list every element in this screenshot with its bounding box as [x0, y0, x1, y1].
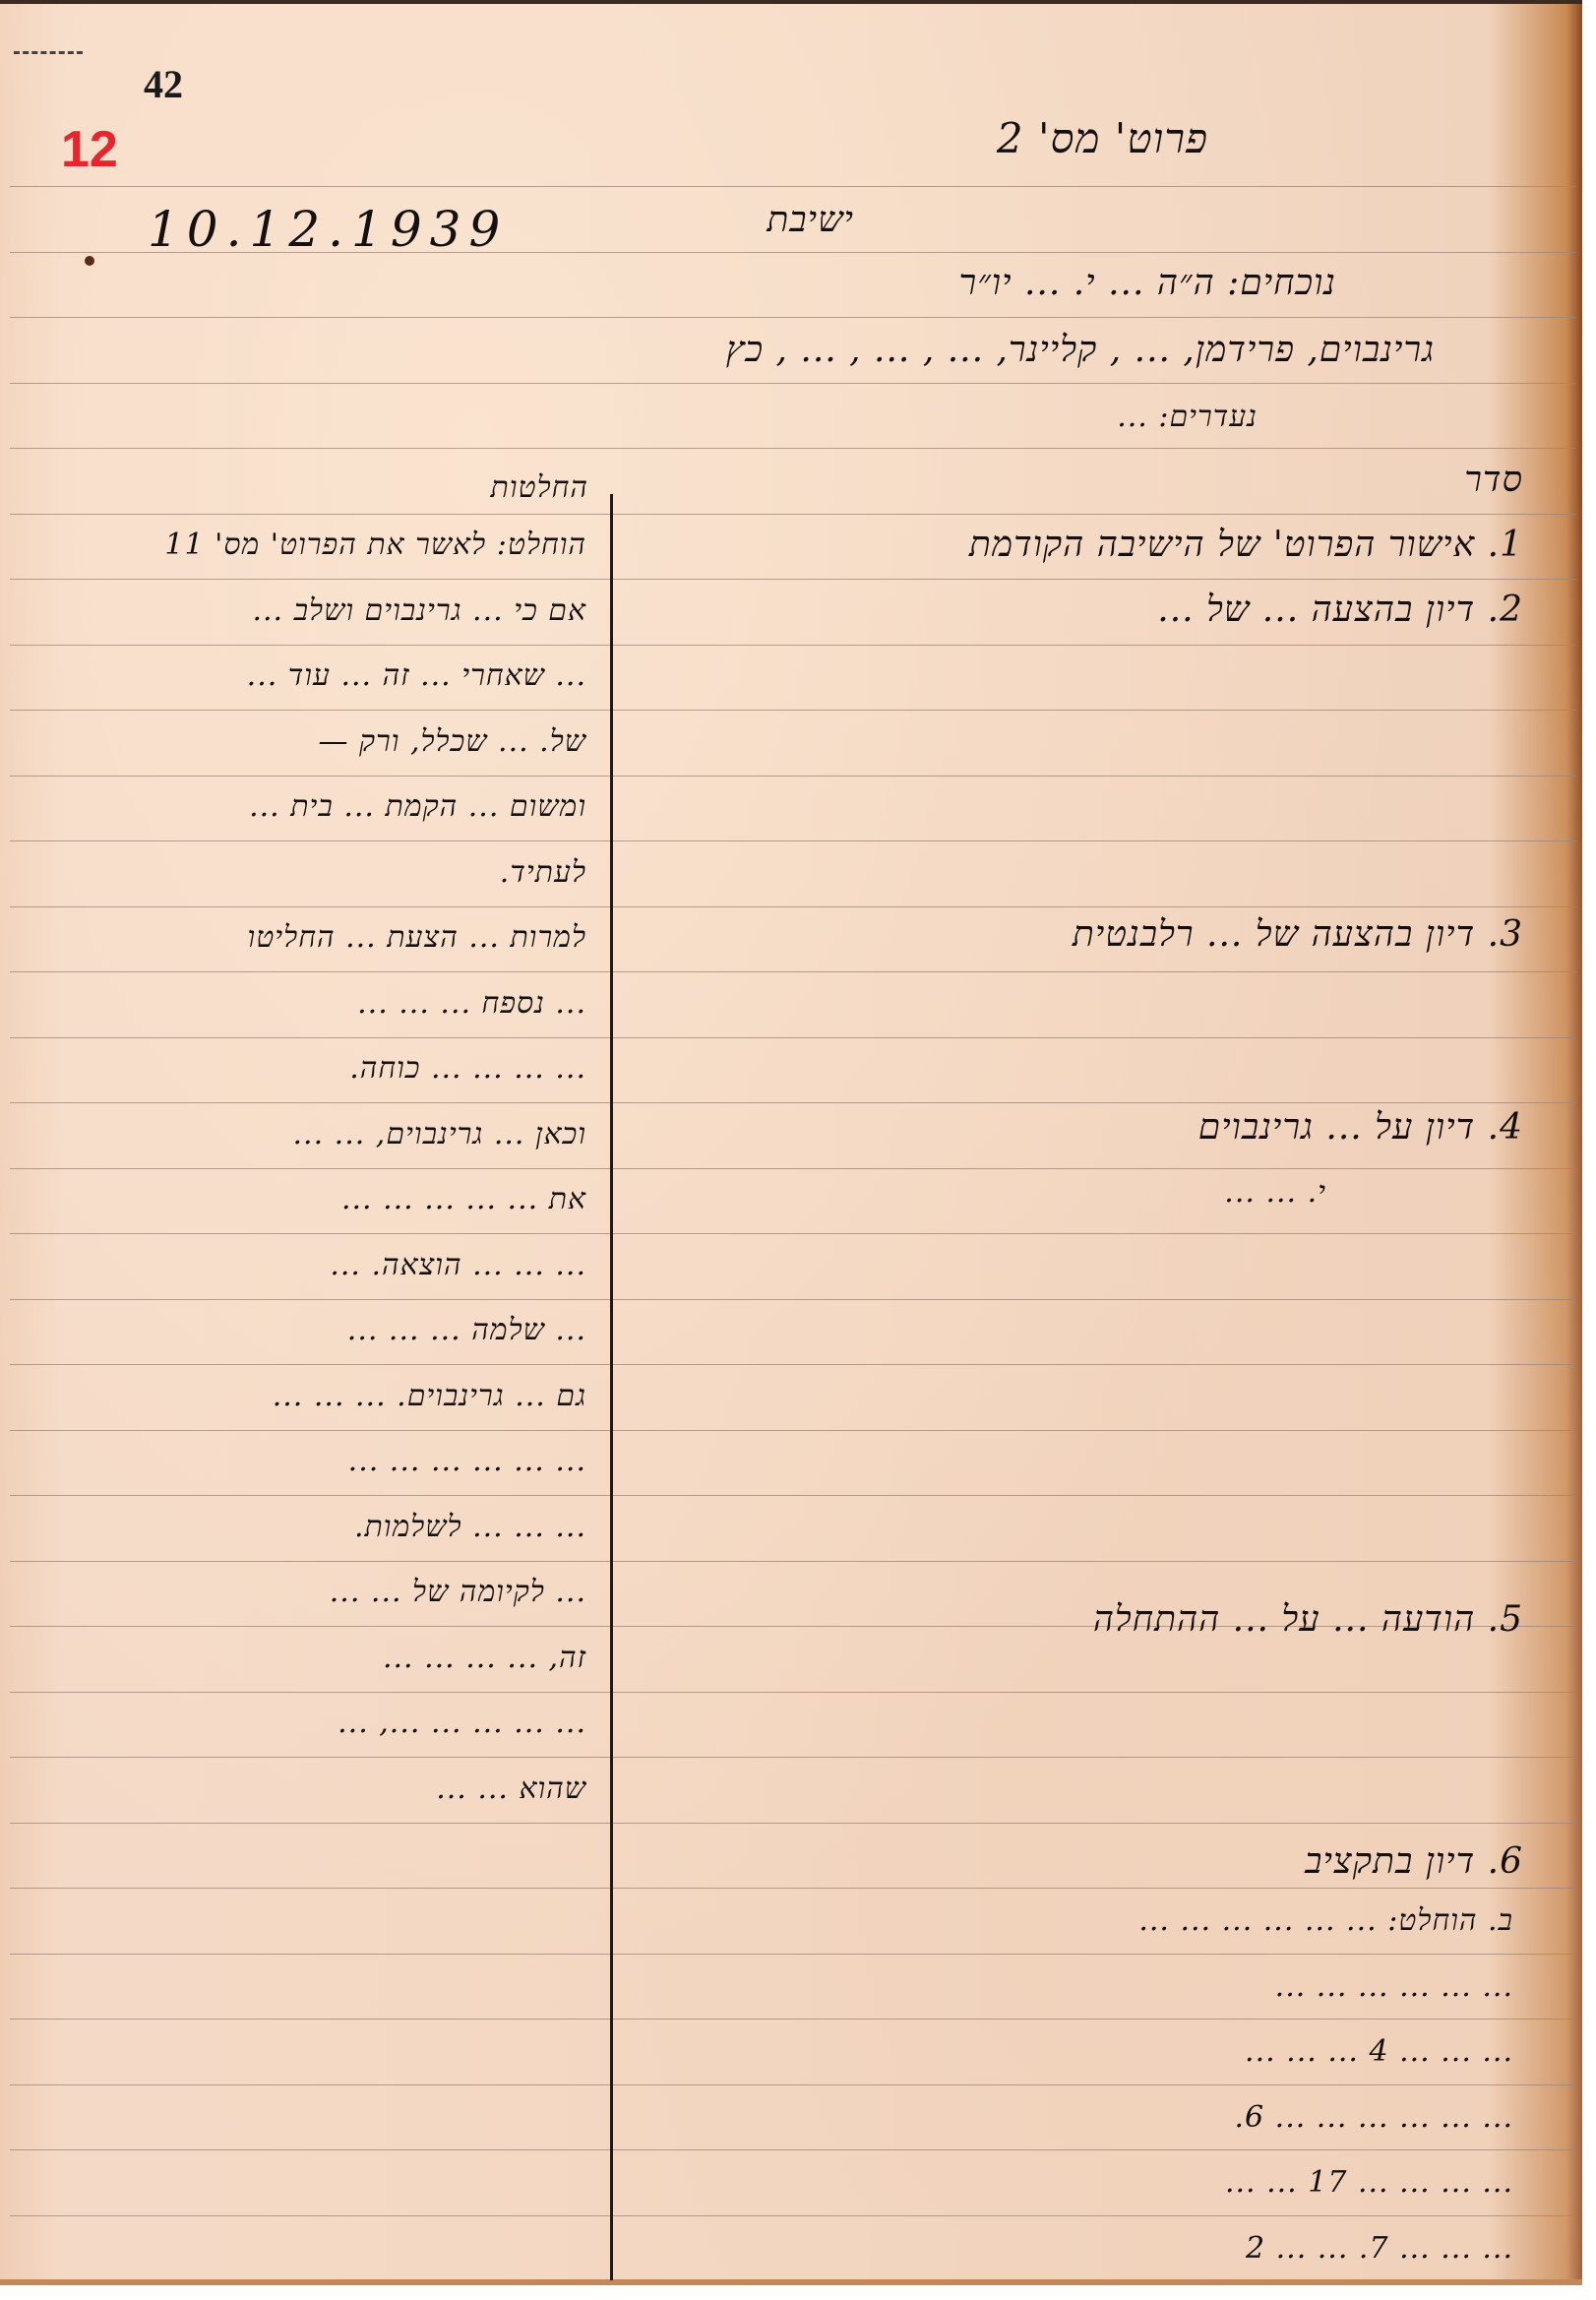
decision-line: גם ... גרינבוים. ... ... ... [273, 1379, 586, 1413]
archive-label: 12 [61, 120, 118, 179]
agenda-item: 2. דיון בהצעה ... של ... [1157, 589, 1523, 630]
note-line: ... ... ... 4 ... ... ... [1245, 2034, 1513, 2069]
column-divider [610, 494, 613, 2280]
ruled-line [10, 317, 1576, 318]
decision-line: ... שלמה ... ... ... [347, 1313, 586, 1347]
decision-line: אם כי ... גרינבוים ושלב ... [252, 593, 586, 628]
ruled-line [10, 383, 1576, 384]
attendees-line: גרינבוים, פרידמן, ... , קליינר, ... , ..… [726, 329, 1435, 370]
decision-line: ... ... ... הוצאה. ... [330, 1248, 586, 1282]
ruled-line [10, 514, 1576, 515]
decision-line: ... שאחרי ... זה ... עוד ... [247, 658, 586, 693]
margin-dash-mark [14, 51, 83, 54]
printed-page-number: 42 [144, 61, 183, 107]
present-line: נוכחים: ה״ה ... י. ... יו״ר [959, 262, 1336, 303]
decision-line: זה, ... ... ... ... [383, 1641, 586, 1675]
decision-line: שהוא ... ... [436, 1772, 586, 1806]
ruled-line [10, 1430, 1576, 1431]
ruled-line [10, 710, 1576, 711]
ink-dot [85, 256, 94, 266]
decision-line: וכאן ... גרינבוים, ... ... [293, 1117, 586, 1151]
ruled-line [10, 1233, 1576, 1234]
ruled-line [10, 1364, 1576, 1365]
ruled-line [10, 1037, 1576, 1038]
ruled-line [10, 2149, 1576, 2150]
note-line: ... ... ... ... ... ... 6. [1234, 2100, 1513, 2135]
agenda-item: 5. הודעה ... על ... ההתחלה [1093, 1598, 1523, 1640]
agenda-heading: סדר [1464, 459, 1523, 500]
ruled-line [10, 645, 1576, 646]
ruled-line [10, 579, 1576, 580]
ruled-line [10, 1561, 1576, 1562]
ruled-line [10, 186, 1576, 187]
ruled-line [10, 1495, 1576, 1496]
ruled-line [10, 1823, 1576, 1824]
ruled-line [10, 840, 1576, 841]
ruled-line [10, 2019, 1576, 2020]
ruled-line [10, 1954, 1576, 1955]
decision-line: ... ... ... ... ... ... [348, 1444, 586, 1478]
decision-line: ... ... ... ... ..., ... [338, 1706, 586, 1740]
decision-line: ... לקיומה של ... ... [330, 1575, 586, 1609]
ruled-line [10, 1692, 1576, 1693]
ruled-line [10, 971, 1576, 972]
decision-line: ... ... ... ... כוחה. [349, 1051, 586, 1086]
ruled-line [10, 2215, 1576, 2216]
note-line: ... ... ... 7. ... ... 2 [1246, 2231, 1513, 2266]
decision-line: של. ... שכלל, ורק — [318, 724, 586, 759]
agenda-item: 4. דיון על ... גרינבוים [1198, 1106, 1523, 1148]
agenda-item: 3. דיון בהצעה של ... רלבנטית [1073, 913, 1523, 955]
agenda-item: 6. דיון בתקציב [1305, 1840, 1523, 1882]
ruled-line [10, 448, 1576, 449]
decision-line: לעתיד. [500, 855, 586, 890]
ruled-line [10, 1757, 1576, 1758]
decision-line: ומשום ... הקמת ... בית ... [249, 789, 586, 824]
notebook-page: 42 12 פרוט' מס' 2 10.12.1939 ישיבת נוכחי… [0, 0, 1582, 2285]
ruled-line [10, 1168, 1576, 1169]
note-line: ... ... ... ... ... ... [1275, 1969, 1513, 2004]
agenda-item-sub: י. ... ... [1224, 1175, 1326, 1210]
ruled-line [10, 906, 1576, 907]
ruled-line [10, 1102, 1576, 1103]
agenda-item: 1. אישור הפרוט' של הישיבה הקודמת [969, 524, 1523, 565]
ruled-line [10, 776, 1576, 777]
protocol-title: פרוט' מס' 2 [997, 114, 1208, 163]
ruled-line [10, 1888, 1576, 1889]
decisions-heading: החלטות [491, 470, 588, 505]
note-line: ב. הוחלט: ... ... ... ... ... ... [1138, 1903, 1513, 1938]
decision-line: הוחלט: לאשר את הפרוט' מס' 11 [164, 528, 586, 562]
ruled-line [10, 2084, 1576, 2085]
decision-line: את ... ... ... ... ... [341, 1182, 586, 1216]
ruled-line [10, 1299, 1576, 1300]
absent-line: נעדרים: ... [1117, 400, 1258, 434]
decision-line: ... נספח ... ... ... [357, 986, 586, 1021]
meeting-date: 10.12.1939 [148, 201, 508, 258]
decision-line: ... ... ... לשלמות. [354, 1510, 586, 1544]
meeting-word: ישיבת [767, 199, 854, 240]
note-line: ... ... ... ... 17 ... ... [1225, 2165, 1513, 2200]
decision-line: למרות ... הצעת ... החליטו [248, 920, 586, 955]
